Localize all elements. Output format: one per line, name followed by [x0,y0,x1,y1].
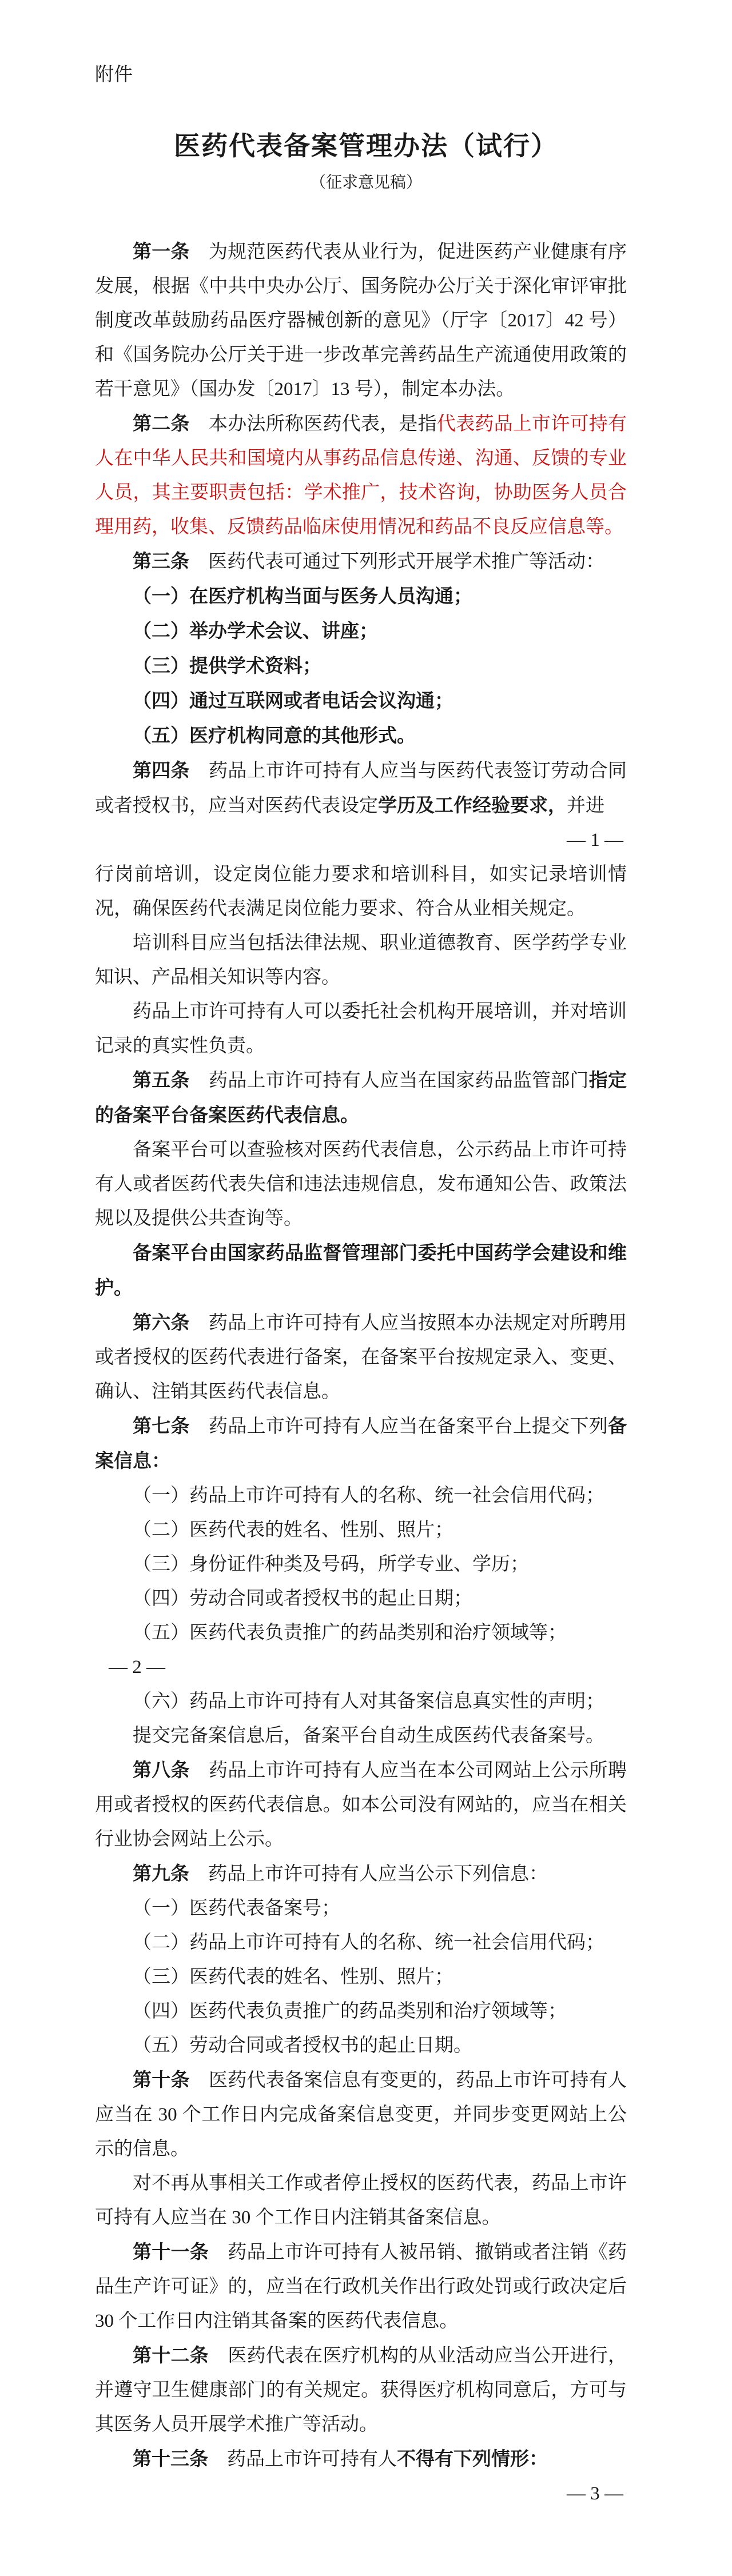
list-item: （一）在医疗机构当面与医务人员沟通； [95,579,627,614]
paragraph: 药品上市许可持有人可以委托社会机构开展培训，并对培训记录的真实性负责。 [95,995,627,1063]
document-body: 第一条 为规范医药代表从业行为，促进医药产业健康有序发展，根据《中共中央办公厅、… [95,234,627,2511]
document-page: 附件 医药代表备案管理办法（试行） （征求意见稿） 第一条 为规范医药代表从业行… [0,0,732,2576]
text-segment-normal: （四）医药代表负责推广的药品类别和治疗领域等； [133,2001,567,2022]
text-segment-normal: — 2 — [109,1657,165,1678]
text-segment-normal: （一）医药代表备案号； [133,1898,340,1919]
text-segment-bold: （五）医疗机构同意的其他形式。 [133,725,416,746]
article-paragraph: 第三条 医药代表可通过下列形式开展学术推广等活动： [95,544,627,579]
article-paragraph: 第九条 药品上市许可持有人应当公示下列信息： [95,1856,627,1891]
list-item: （四）通过互联网或者电话会议沟通； [95,684,627,718]
paragraph: 培训科目应当包括法律法规、职业道德教育、医学药学专业知识、产品相关知识等内容。 [95,926,627,995]
text-segment-bold: 第十三条 [133,2448,208,2469]
text-segment-bold: 备案平台由国家药品监督管理部门委托中国药学会建设和维护。 [95,1242,627,1298]
text-segment-normal: （三）医药代表的姓名、性别、照片； [133,1967,453,1987]
text-segment-bold: 第九条 [133,1863,189,1884]
text-segment-bold: （一）在医疗机构当面与医务人员沟通； [133,585,472,606]
list-item: （五）医疗机构同意的其他形式。 [95,718,627,753]
list-item: （一）医药代表备案号； [95,1891,627,1926]
text-segment-bold: 第五条 [133,1069,190,1091]
text-segment-bold: 第七条 [133,1415,190,1436]
text-segment-normal: （三）身份证件种类及号码，所学专业、学历； [133,1554,529,1575]
text-segment-normal: （五）医药代表负责推广的药品类别和治疗领域等； [133,1623,567,1643]
text-segment-bold: 第三条 [133,550,189,572]
text-segment-bold: 不得有下列情形： [397,2448,548,2469]
text-segment-bold: 第一条 [133,241,190,262]
text-segment-normal: 培训科目应当包括法律法规、职业道德教育、医学药学专业知识、产品相关知识等内容。 [95,933,627,988]
article-paragraph: 第六条 药品上市许可持有人应当按照本办法规定对所聘用或者授权的医药代表进行备案，… [95,1305,627,1409]
list-item: （四）劳动合同或者授权书的起止日期； [95,1581,627,1616]
text-segment-normal: 本办法所称医药代表，是指 [190,414,437,434]
article-paragraph: 第二条 本办法所称医药代表，是指代表药品上市许可持有人在中华人民共和国境内从事药… [95,406,627,544]
text-segment-normal: — 3 — [567,2483,623,2504]
text-segment-normal: 医药代表可通过下列形式开展学术推广等活动： [189,552,604,572]
list-item: （二）药品上市许可持有人的名称、统一社会信用代码； [95,1926,627,1960]
text-segment-normal: 为规范医药代表从业行为，促进医药产业健康有序发展，根据《中共中央办公厅、国务院办… [95,242,627,400]
article-paragraph: 第十一条 药品上市许可持有人被吊销、撤销或者注销《药品生产许可证》的，应当在行政… [95,2235,627,2338]
attachment-label: 附件 [95,57,732,91]
article-paragraph: 第七条 药品上市许可持有人应当在备案平台上提交下列备案信息： [95,1409,627,1479]
text-segment-bold: 第六条 [133,1312,190,1333]
list-item: （三）提供学术资料； [95,649,627,684]
list-item: （六）药品上市许可持有人对其备案信息真实性的声明； [95,1684,627,1719]
article-paragraph: 第八条 药品上市许可持有人应当在本公司网站上公示所聘用或者授权的医药代表信息。如… [95,1753,627,1856]
list-item: （二）举办学术会议、讲座； [95,614,627,649]
text-segment-normal: 药品上市许可持有人应当在备案平台上提交下列 [190,1416,608,1437]
text-segment-bold: 第八条 [133,1759,190,1780]
text-segment-normal: 行岗前培训，设定岗位能力要求和培训科目，如实记录培训情况，确保医药代表满足岗位能… [95,864,627,919]
text-segment-normal: （四）劳动合同或者授权书的起止日期； [133,1588,472,1609]
list-item: （二）医药代表的姓名、性别、照片； [95,1513,627,1547]
text-segment-normal: （二）药品上市许可持有人的名称、统一社会信用代码； [133,1932,604,1953]
list-item: （三）医药代表的姓名、性别、照片； [95,1960,627,1994]
text-segment-normal: （六）药品上市许可持有人对其备案信息真实性的声明； [133,1691,604,1712]
paragraph: 对不再从事相关工作或者停止授权的医药代表，药品上市许可持有人应当在 30 个工作… [95,2166,627,2235]
text-segment-bold: 第四条 [133,760,190,781]
continuation-paragraph: 行岗前培训，设定岗位能力要求和培训科目，如实记录培训情况，确保医药代表满足岗位能… [95,857,627,926]
text-segment-bold: （三）提供学术资料； [133,655,321,676]
page-number: — 3 — [95,2477,627,2511]
text-segment-normal: 备案平台可以查验核对医药代表信息，公示药品上市许可持有人或者医药代表失信和违法违… [95,1140,627,1229]
text-segment-normal: 药品上市许可持有人 [208,2449,397,2470]
page-number: — 2 — [95,1650,627,1684]
page-number: — 1 — [95,823,627,857]
article-paragraph: 第四条 药品上市许可持有人应当与医药代表签订劳动合同或者授权书，应当对医药代表设… [95,753,627,823]
list-item: （三）身份证件种类及号码，所学专业、学历； [95,1547,627,1581]
paragraph: 提交完备案信息后，备案平台自动生成医药代表备案号。 [95,1719,627,1753]
text-segment-bold: 第二条 [133,413,190,434]
document-title: 医药代表备案管理办法（试行） [0,126,732,166]
paragraph: 备案平台由国家药品监督管理部门委托中国药学会建设和维护。 [95,1236,627,1305]
list-item: （五）医药代表负责推广的药品类别和治疗领域等； [95,1616,627,1650]
text-segment-normal: — 1 — [567,830,623,850]
text-segment-normal: 药品上市许可持有人应当公示下列信息： [189,1864,548,1884]
text-segment-bold: （二）举办学术会议、讲座； [133,620,378,641]
text-segment-bold: 第十二条 [133,2345,209,2366]
text-segment-normal: （一）药品上市许可持有人的名称、统一社会信用代码； [133,1485,604,1506]
text-segment-normal: （二）医药代表的姓名、性别、照片； [133,1520,453,1540]
article-paragraph: 第五条 药品上市许可持有人应当在国家药品监管部门指定的备案平台备案医药代表信息。 [95,1063,627,1133]
text-segment-bold: 第十一条 [133,2241,209,2262]
text-segment-normal: 药品上市许可持有人应当在国家药品监管部门 [190,1071,589,1091]
list-item: （一）药品上市许可持有人的名称、统一社会信用代码； [95,1479,627,1513]
article-paragraph: 第十三条 药品上市许可持有人不得有下列情形： [95,2442,627,2477]
text-segment-normal: 并进 [567,796,604,816]
text-segment-normal: 药品上市许可持有人可以委托社会机构开展培训，并对培训记录的真实性负责。 [95,1001,627,1056]
text-segment-bold: 第十条 [133,2069,190,2090]
paragraph: 备案平台可以查验核对医药代表信息，公示药品上市许可持有人或者医药代表失信和违法违… [95,1133,627,1236]
article-paragraph: 第十条 医药代表备案信息有变更的，药品上市许可持有人应当在 30 个工作日内完成… [95,2063,627,2166]
text-segment-normal: （五）劳动合同或者授权书的起止日期。 [133,2035,472,2056]
document-subtitle: （征求意见稿） [0,166,732,200]
article-paragraph: 第十二条 医药代表在医疗机构的从业活动应当公开进行，并遵守卫生健康部门的有关规定… [95,2338,627,2442]
text-segment-bold: （四）通过互联网或者电话会议沟通； [133,690,453,711]
text-segment-normal: 对不再从事相关工作或者停止授权的医药代表，药品上市许可持有人应当在 30 个工作… [95,2173,627,2228]
text-segment-normal: 提交完备案信息后，备案平台自动生成医药代表备案号。 [133,1726,604,1746]
list-item: （四）医药代表负责推广的药品类别和治疗领域等； [95,1994,627,2028]
text-segment-bold: 学历及工作经验要求， [378,794,567,816]
article-paragraph: 第一条 为规范医药代表从业行为，促进医药产业健康有序发展，根据《中共中央办公厅、… [95,234,627,406]
list-item: （五）劳动合同或者授权书的起止日期。 [95,2028,627,2063]
